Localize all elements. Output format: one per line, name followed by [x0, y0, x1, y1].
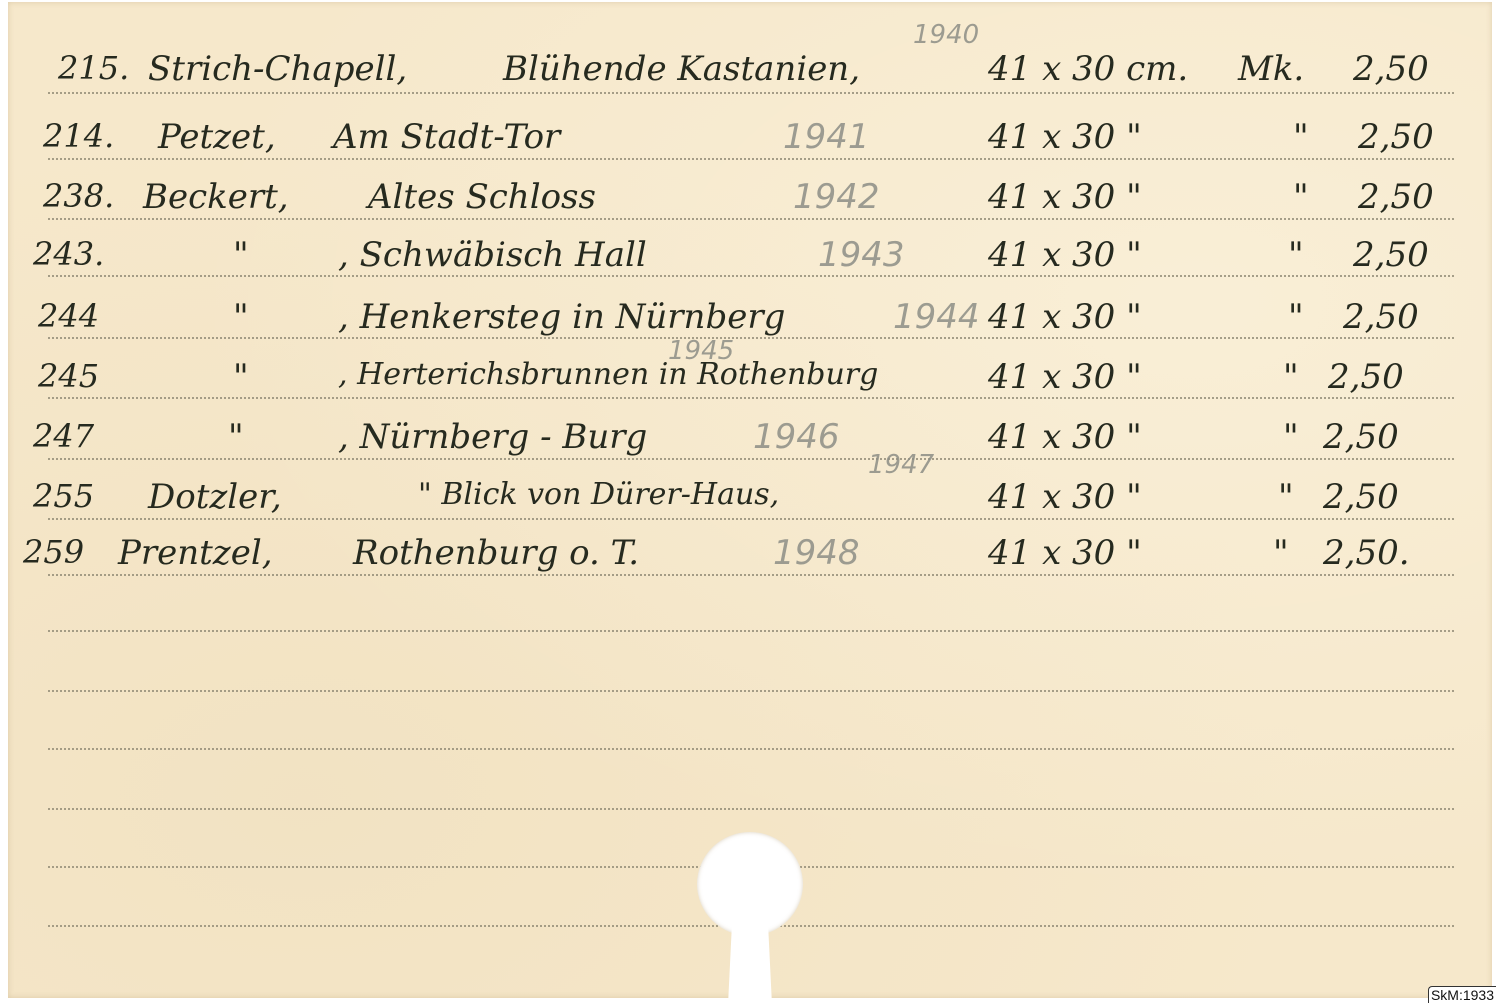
ruled-line — [48, 748, 1454, 750]
entry-number: 238. — [43, 180, 114, 212]
entry-currency: Mk. — [1238, 52, 1304, 86]
entry-currency: " — [1283, 420, 1299, 454]
entry-title: , Herterichsbrunnen in Rothenburg — [338, 360, 878, 390]
entry-number: 259 — [23, 536, 84, 568]
entry-title: , Schwäbisch Hall — [338, 238, 647, 272]
entry-size: 41 x 30 " — [988, 480, 1142, 514]
entry-currency: " — [1288, 238, 1304, 272]
entry-currency: " — [1283, 360, 1299, 394]
entry-title: Altes Schloss — [368, 180, 596, 214]
entry-artist: " — [233, 360, 249, 394]
entry-size: 41 x 30 " — [988, 360, 1142, 394]
catalog-entry: 247 " , Nürnberg - Burg 1946 41 x 30 " "… — [8, 420, 1492, 480]
entry-artist: Strich-Chapell, — [148, 52, 407, 86]
entry-artist: Dotzler, — [148, 480, 282, 514]
entry-artist: Beckert, — [143, 180, 289, 214]
entry-artist: " — [228, 420, 244, 454]
entry-year: 1941 — [783, 120, 870, 154]
entry-size: 41 x 30 " — [988, 238, 1142, 272]
entry-number: 214. — [43, 120, 114, 152]
entry-year: 1943 — [818, 238, 905, 272]
ruled-line — [48, 808, 1454, 810]
entry-price: 2,50 — [1358, 180, 1434, 214]
entry-currency: " — [1293, 120, 1309, 154]
entry-number: 245 — [38, 360, 99, 392]
entry-price: 2,50. — [1323, 536, 1410, 570]
entry-year: 1940 — [913, 22, 979, 48]
entry-size: 41 x 30 " — [988, 180, 1142, 214]
entry-title: Am Stadt-Tor — [333, 120, 560, 154]
entry-title: " Blick von Dürer-Haus, — [418, 480, 779, 510]
entry-year: 1946 — [753, 420, 840, 454]
catalog-entry: 243. " , Schwäbisch Hall 1943 41 x 30 " … — [8, 238, 1492, 298]
entry-title: Rothenburg o. T. — [353, 536, 639, 570]
filing-notch-slot — [728, 915, 772, 1003]
entry-number: 247 — [33, 420, 94, 452]
entry-size: 41 x 30 " — [988, 420, 1142, 454]
catalog-entry: 215. Strich-Chapell, Blühende Kastanien,… — [8, 52, 1492, 112]
entry-year: 1942 — [793, 180, 880, 214]
entry-price: 2,50 — [1353, 52, 1429, 86]
entry-number: 255 — [33, 480, 94, 512]
entry-currency: " — [1278, 480, 1294, 514]
entry-size: 41 x 30 cm. — [988, 52, 1188, 86]
entry-currency: " — [1288, 300, 1304, 334]
entry-number: 244 — [38, 300, 99, 332]
entry-number: 215. — [58, 52, 129, 84]
museum-id-label: SkM:1933 — [1428, 986, 1496, 1003]
entry-size: 41 x 30 " — [988, 300, 1142, 334]
entry-number: 243. — [33, 238, 104, 270]
entry-size: 41 x 30 " — [988, 120, 1142, 154]
ruled-line — [48, 690, 1454, 692]
entry-year: 1945 — [668, 338, 734, 364]
entry-price: 2,50 — [1358, 120, 1434, 154]
entry-title: , Nürnberg - Burg — [338, 420, 647, 454]
catalog-entry: 245 " , Herterichsbrunnen in Rothenburg … — [8, 360, 1492, 420]
catalog-entry: 259 Prentzel, Rothenburg o. T. 1948 41 x… — [8, 536, 1492, 596]
entry-size: 41 x 30 " — [988, 536, 1142, 570]
entry-price: 2,50 — [1328, 360, 1404, 394]
entry-currency: " — [1293, 180, 1309, 214]
entry-year: 1944 — [893, 300, 980, 334]
entry-year: 1947 — [868, 452, 934, 478]
catalog-entry: 255 Dotzler, " Blick von Dürer-Haus, 194… — [8, 480, 1492, 540]
entry-price: 2,50 — [1343, 300, 1419, 334]
entry-title: Blühende Kastanien, — [503, 52, 860, 86]
entry-artist: " — [233, 238, 249, 272]
catalog-entry: 214. Petzet, Am Stadt-Tor 1941 41 x 30 "… — [8, 120, 1492, 180]
entry-currency: " — [1273, 536, 1289, 570]
entry-price: 2,50 — [1353, 238, 1429, 272]
catalog-entry: 244 " , Henkersteg in Nürnberg 1944 41 x… — [8, 300, 1492, 360]
entry-price: 2,50 — [1323, 420, 1399, 454]
entry-artist: " — [233, 300, 249, 334]
entry-price: 2,50 — [1323, 480, 1399, 514]
entry-title: , Henkersteg in Nürnberg — [338, 300, 785, 334]
entry-artist: Prentzel, — [118, 536, 273, 570]
catalog-entry: 238. Beckert, Altes Schloss 1942 41 x 30… — [8, 180, 1492, 240]
entry-year: 1948 — [773, 536, 860, 570]
ruled-line — [48, 630, 1454, 632]
entry-artist: Petzet, — [158, 120, 276, 154]
